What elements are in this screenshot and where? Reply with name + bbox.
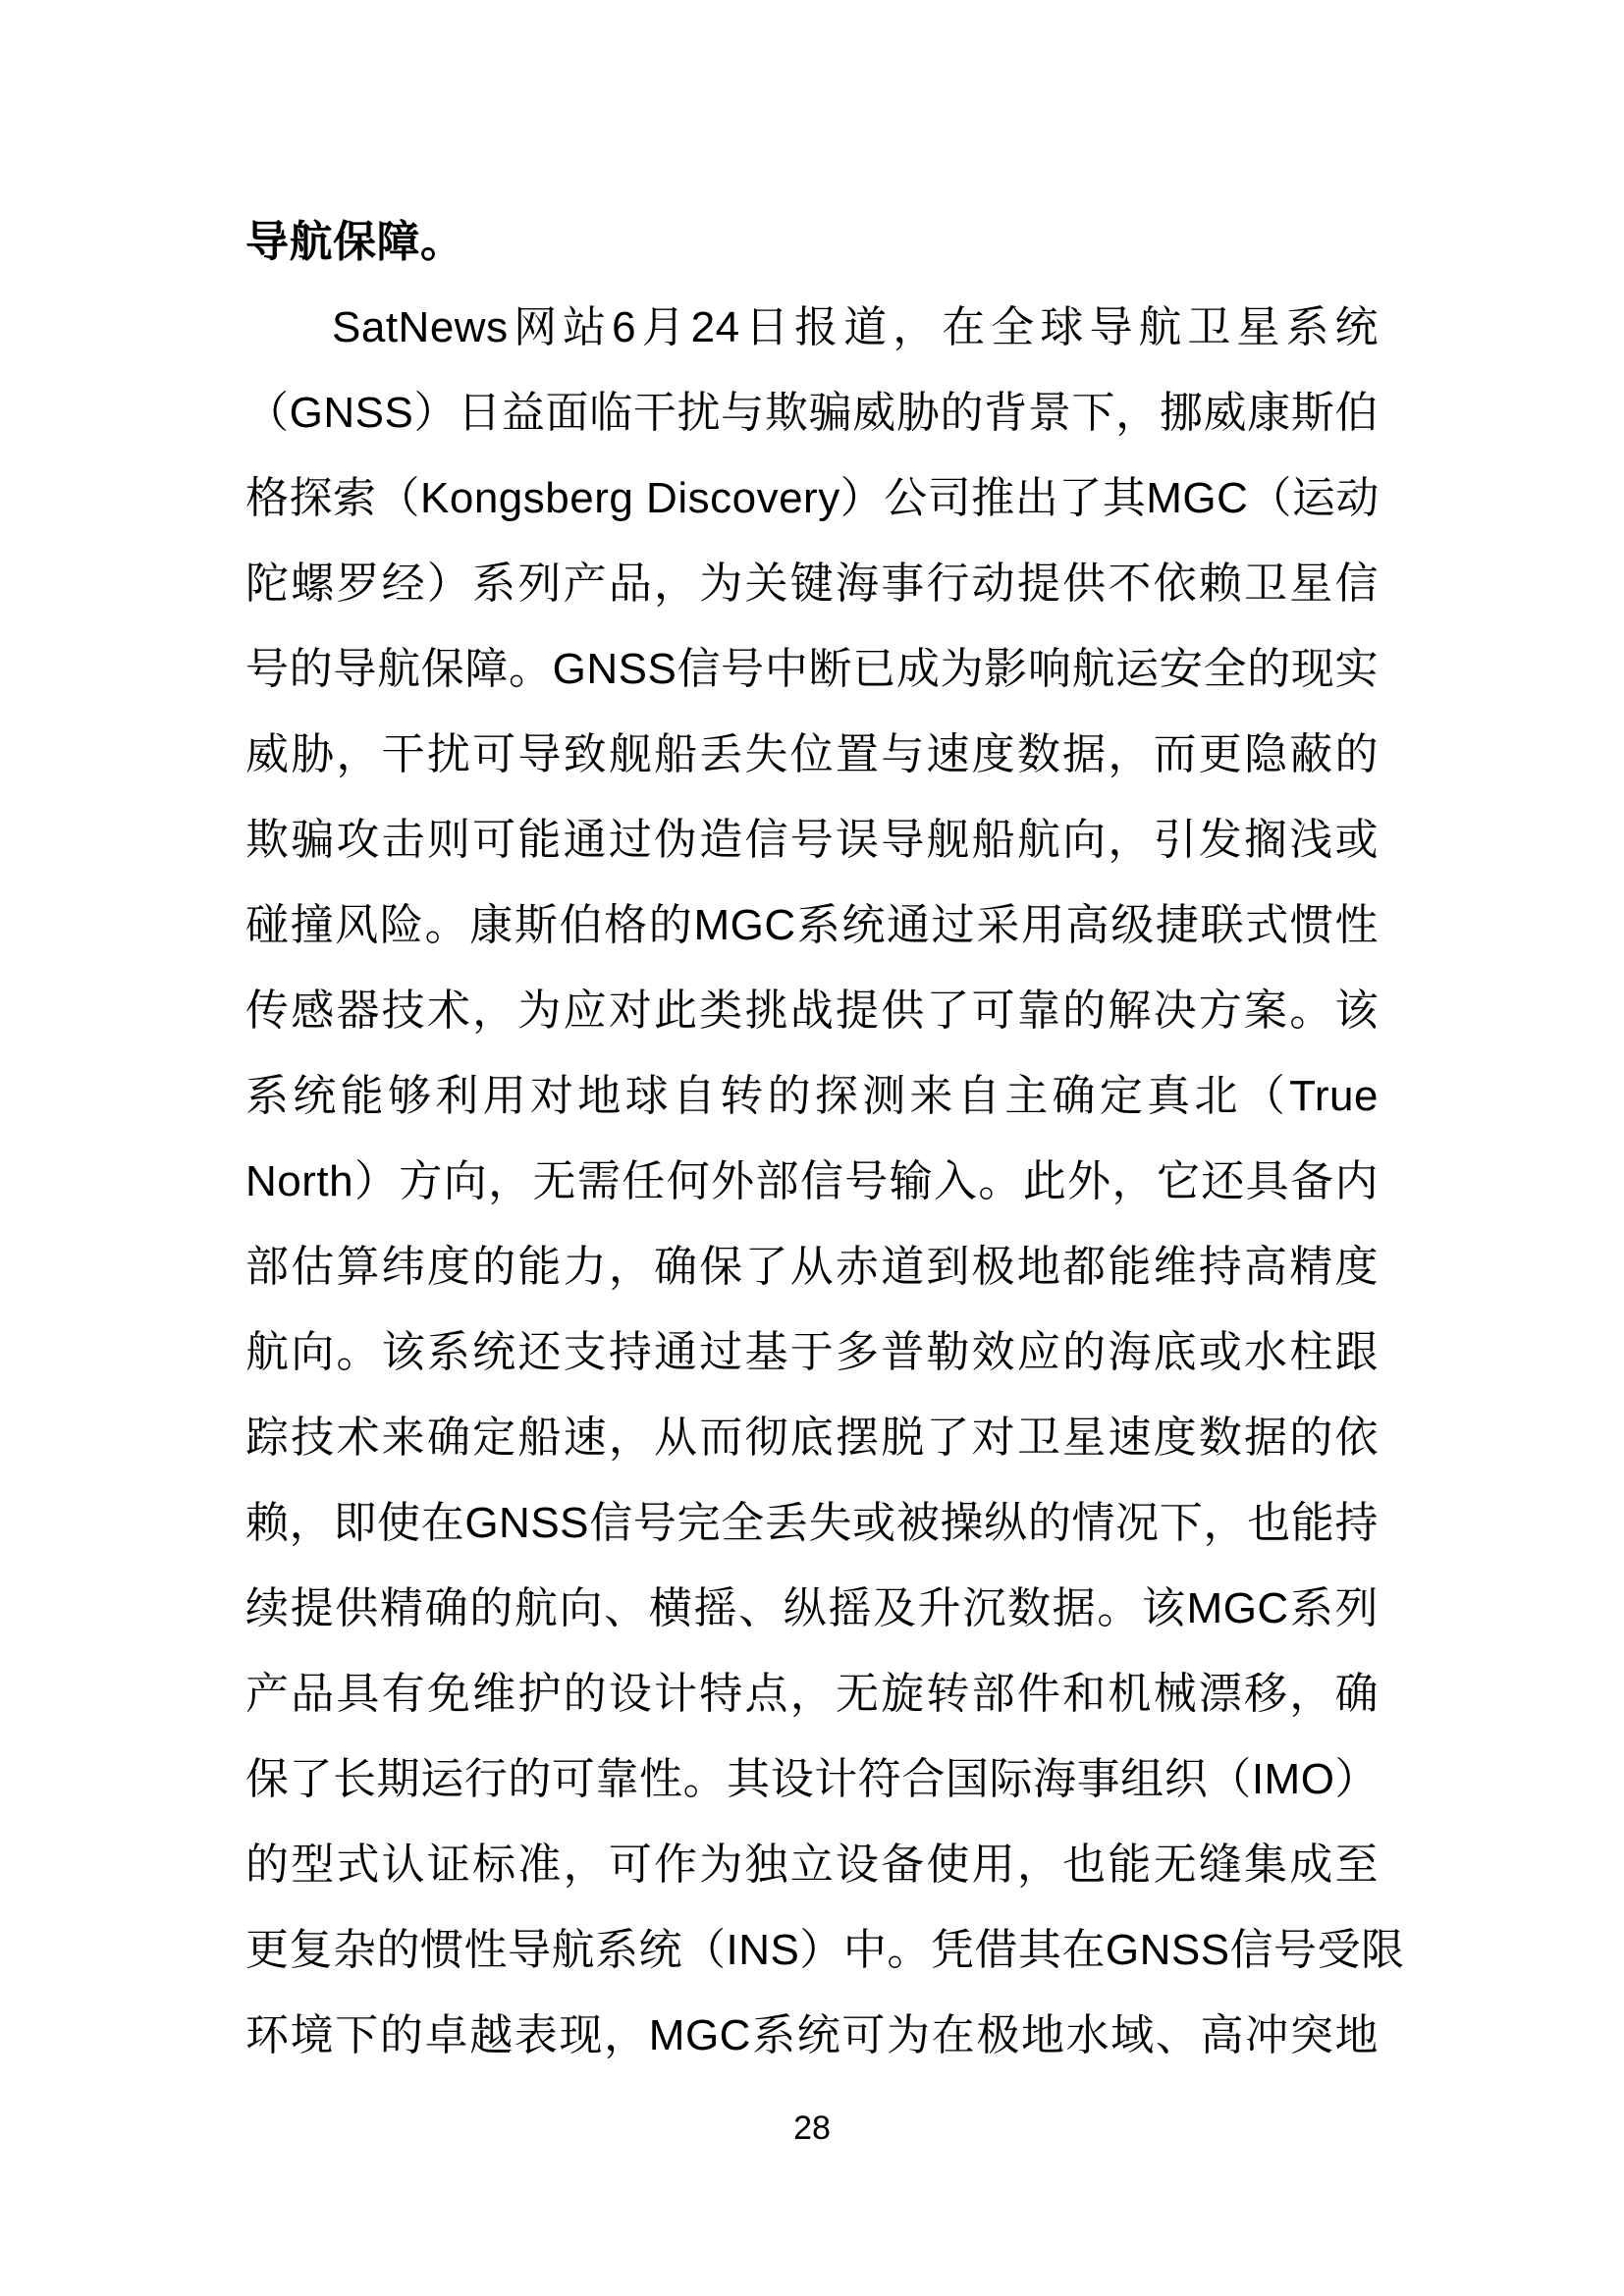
- paragraph-line: 更复杂的惯性导航系统（INS）中。凭借其在GNSS信号受限: [245, 1907, 1379, 1993]
- paragraph-line: SatNews网站6月24日报道，在全球导航卫星系统: [245, 285, 1379, 370]
- paragraph-line: 威胁，干扰可导致舰船丢失位置与速度数据，而更隐蔽的: [245, 712, 1379, 797]
- page-body: 导航保障。 SatNews网站6月24日报道，在全球导航卫星系统 （GNSS）日…: [245, 199, 1379, 2078]
- paragraph-line: （GNSS）日益面临干扰与欺骗威胁的背景下，挪威康斯伯: [245, 370, 1379, 455]
- section-heading: 导航保障。: [245, 199, 1379, 285]
- paragraph-line: 陀螺罗经）系列产品，为关键海事行动提供不依赖卫星信: [245, 541, 1379, 626]
- paragraph-line: 的型式认证标准，可作为独立设备使用，也能无缝集成至: [245, 1822, 1379, 1907]
- paragraph-line: 欺骗攻击则可能通过伪造信号误导舰船航向，引发搁浅或: [245, 797, 1379, 882]
- paragraph-line: 碰撞风险。康斯伯格的MGC系统通过采用高级捷联式惯性: [245, 882, 1379, 968]
- paragraph-line: 航向。该系统还支持通过基于多普勒效应的海底或水柱跟: [245, 1309, 1379, 1395]
- paragraph-line: 踪技术来确定船速，从而彻底摆脱了对卫星速度数据的依: [245, 1395, 1379, 1480]
- paragraph-line: 续提供精确的航向、横摇、纵摇及升沉数据。该MGC系列: [245, 1566, 1379, 1651]
- document-page: 导航保障。 SatNews网站6月24日报道，在全球导航卫星系统 （GNSS）日…: [0, 0, 1624, 2296]
- paragraph-line: North）方向，无需任何外部信号输入。此外，它还具备内: [245, 1139, 1379, 1224]
- paragraph-line: 号的导航保障。GNSS信号中断已成为影响航运安全的现实: [245, 626, 1379, 712]
- paragraph-line: 传感器技术，为应对此类挑战提供了可靠的解决方案。该: [245, 968, 1379, 1053]
- paragraph-line: 格探索（Kongsberg Discovery）公司推出了其MGC（运动: [245, 455, 1379, 541]
- paragraph-line: 赖，即使在GNSS信号完全丢失或被操纵的情况下，也能持: [245, 1480, 1379, 1566]
- paragraph-line: 部估算纬度的能力，确保了从赤道到极地都能维持高精度: [245, 1224, 1379, 1309]
- paragraph-line: 产品具有免维护的设计特点，无旋转部件和机械漂移，确: [245, 1651, 1379, 1736]
- paragraph-line: 系统能够利用对地球自转的探测来自主确定真北（True: [245, 1053, 1379, 1139]
- paragraph-line: 保了长期运行的可靠性。其设计符合国际海事组织（IMO）: [245, 1736, 1379, 1822]
- page-number: 28: [0, 2107, 1624, 2150]
- paragraph-line: 环境下的卓越表现，MGC系统可为在极地水域、高冲突地: [245, 1993, 1379, 2078]
